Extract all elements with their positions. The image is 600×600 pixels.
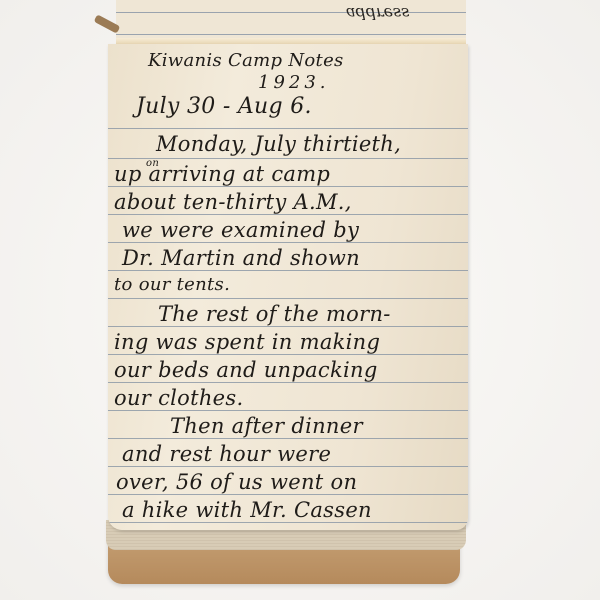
handwritten-line: about ten-thirty A.M., [114,190,352,214]
handwritten-line: up arriving at camp [114,162,330,186]
ruled-line [108,242,468,243]
ruled-line [108,186,468,187]
handwritten-line: we were examined by [122,218,359,242]
notebook-page: Kiwanis Camp Notes 1923. July 30 - Aug 6… [108,44,468,530]
ruled-line [116,34,466,35]
handwritten-line: our clothes. [114,386,243,410]
handwritten-line: The rest of the morn- [158,302,391,326]
ruled-line [108,522,468,523]
handwritten-line: Then after dinner [170,414,363,438]
ruled-line [116,12,466,13]
notebook-dates: July 30 - Aug 6. [136,94,312,119]
ruled-line [108,494,468,495]
handwritten-line: and rest hour were [122,442,331,466]
handwritten-line: our beds and unpacking [114,358,378,382]
ruled-line [108,158,468,159]
ruled-line [108,382,468,383]
flipped-top-page: address [116,0,466,41]
ruled-line [108,326,468,327]
upside-down-word: address [346,4,410,23]
ruled-line [108,466,468,467]
handwritten-line: ing was spent in making [114,330,380,354]
ruled-line [108,214,468,215]
ruled-line [108,410,468,411]
handwritten-line: over, 56 of us went on [116,470,357,494]
handwritten-line: Dr. Martin and shown [122,246,360,270]
ruled-line [108,270,468,271]
handwritten-line: a hike with Mr. Cassen [122,498,372,522]
ruled-line [108,438,468,439]
notebook-year: 1923. [258,72,330,93]
notebook-title: Kiwanis Camp Notes [148,50,344,71]
handwritten-line: to our tents. [114,274,230,295]
ruled-line [108,298,468,299]
ruled-line [108,128,468,129]
ruled-line [108,354,468,355]
handwritten-line: Monday, July thirtieth, [156,132,401,156]
